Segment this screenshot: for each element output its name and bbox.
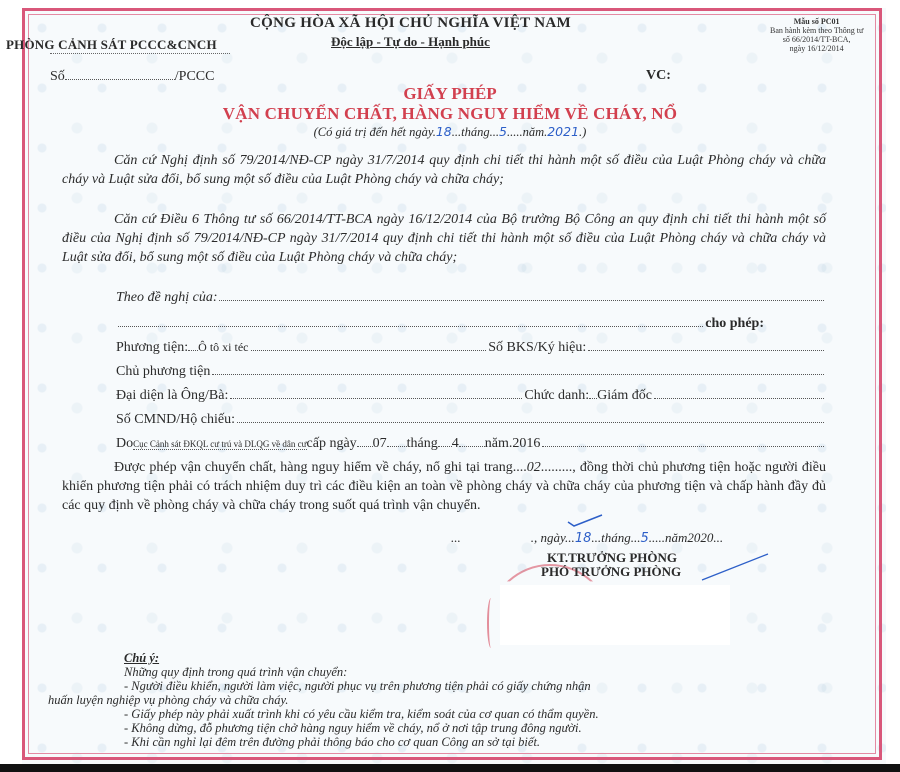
issued-month: 4 <box>452 436 459 452</box>
vc-label: VC: <box>646 68 671 84</box>
issued-by-field: DoCục Cảnh sát ĐKQL cư trú và DLQG về dâ… <box>116 433 826 453</box>
page-number: 02 <box>527 460 541 475</box>
form-note-line: Ban hành kèm theo Thông tư <box>770 26 863 35</box>
issued-by-value: Cục Cảnh sát ĐKQL cư trú và DLQG về dân … <box>133 439 306 450</box>
number-suffix: /PCCC <box>175 69 215 84</box>
signature-stroke-icon <box>700 552 770 582</box>
id-field: Số CMND/Hộ chiếu: <box>116 409 826 429</box>
signature-date: ...., ngày...18...tháng...5.....năm2020.… <box>451 530 723 546</box>
note-item-continued: huấn luyện nghiệp vụ phòng cháy và chữa … <box>48 693 838 707</box>
form-note-line: ngày 16/12/2014 <box>770 44 863 53</box>
representative-field: Đại diện là Ông/Bà:Chức danh:Giám đốc <box>116 385 826 405</box>
legal-basis-paragraph: Căn cứ Nghị định số 79/2014/NĐ-CP ngày 3… <box>62 151 826 189</box>
proposer-field: Theo đề nghị của: <box>116 287 826 307</box>
title-main: GIẤY PHÉP <box>0 84 900 104</box>
nation-heading: CỘNG HÒA XÃ HỘI CHỦ NGHĨA VIỆT NAM <box>250 15 571 32</box>
proposer-value <box>219 287 824 301</box>
signer-subtitle: PHÓ TRƯỞNG PHÒNG <box>541 564 681 580</box>
permission-paragraph: Được phép vận chuyển chất, hàng nguy hiể… <box>62 458 826 515</box>
department-name: PHÒNG CẢNH SÁT PCCC&CNCH <box>6 37 217 53</box>
form-note-line: số 66/2014/TT-BCA, <box>770 35 863 44</box>
representative-value <box>230 385 522 399</box>
note-item: - Giấy phép này phải xuất trình khi có y… <box>124 707 838 721</box>
issued-day: 07 <box>373 436 387 452</box>
notes-title: Chú ý: <box>124 651 838 665</box>
checkmark-icon <box>566 512 606 528</box>
department-underline <box>50 53 230 54</box>
owner-value <box>212 361 824 375</box>
notes-section: Chú ý: Những quy định trong quá trình vậ… <box>48 651 838 749</box>
note-item: - Khi cần nghỉ lại đêm trên đường phải t… <box>124 735 838 749</box>
number-label: Số <box>50 69 65 84</box>
position-value: Giám đốc <box>597 388 652 404</box>
redacted-signature-area <box>500 585 730 645</box>
validity-day: 18 <box>436 124 452 139</box>
id-value <box>237 409 824 423</box>
scan-bottom-edge <box>0 764 900 772</box>
form-note: Mẫu số PC01 Ban hành kèm theo Thông tư s… <box>770 17 863 53</box>
title-sub: VẬN CHUYỂN CHẤT, HÀNG NGUY HIỂM VỀ CHÁY,… <box>0 104 900 124</box>
validity-month: 5 <box>499 124 507 139</box>
issued-year: 2016 <box>512 436 540 452</box>
vehicle-field: Phương tiện:Ô tô xi técSố BKS/Ký hiệu: <box>116 337 826 357</box>
legal-basis-paragraph: Căn cứ Điều 6 Thông tư số 66/2014/TT-BCA… <box>62 210 826 267</box>
sign-day: 18 <box>575 531 592 546</box>
stamp-edge <box>487 598 495 648</box>
motto: Độc lập - Tự do - Hạnh phúc <box>331 34 490 50</box>
note-item: - Không dừng, đỗ phương tiện chở hàng ng… <box>124 721 838 735</box>
notes-intro: Những quy định trong quá trình vận chuyể… <box>124 665 838 679</box>
form-number: Mẫu số PC01 <box>770 17 863 26</box>
validity-year: 2021 <box>547 124 579 139</box>
plate-value <box>588 337 824 351</box>
validity-line: (Có giá trị đến hết ngày.18...tháng...5.… <box>0 124 900 140</box>
vehicle-value: Ô tô xi téc <box>198 340 248 355</box>
note-item: - Người điều khiển, người làm việc, ngườ… <box>124 679 838 693</box>
permit-line: cho phép: <box>116 313 826 333</box>
document-number: Số/PCCC <box>50 68 215 85</box>
sign-month: 5 <box>640 531 648 546</box>
owner-field: Chủ phương tiện <box>116 361 826 381</box>
